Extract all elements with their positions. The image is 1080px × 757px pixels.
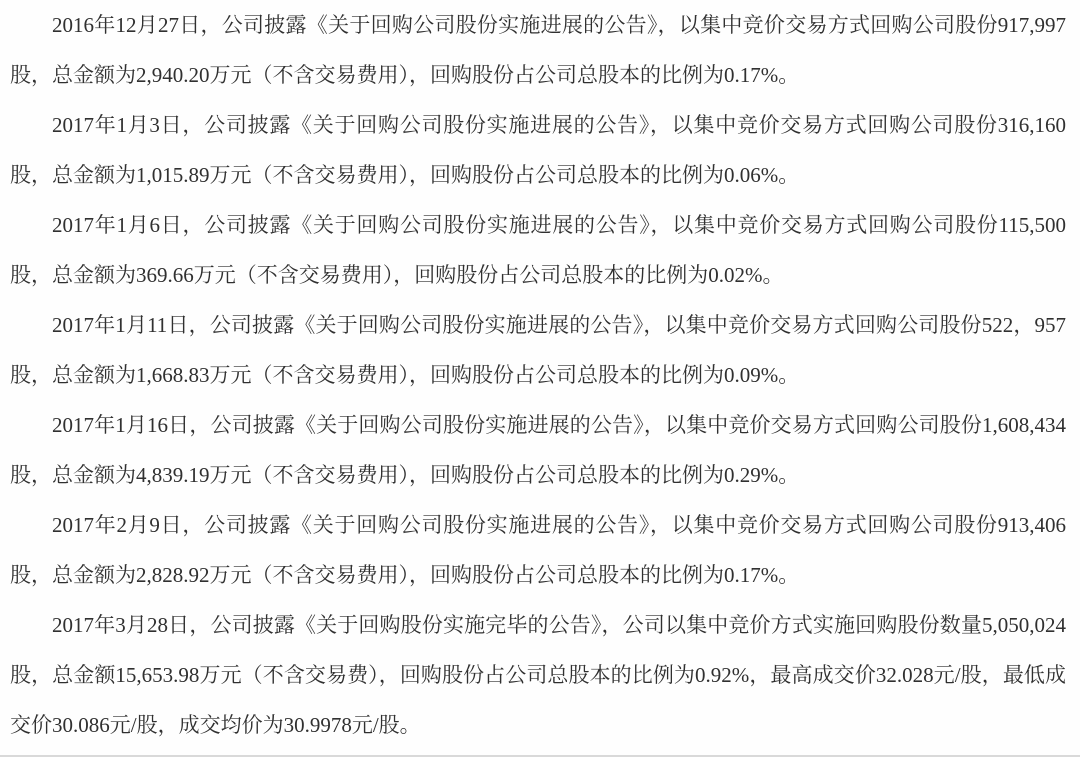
paragraph-2017-01-06: 2017年1月6日，公司披露《关于回购公司股份实施进展的公告》，以集中竞价交易方… [10, 200, 1066, 300]
document-page: 2016年12月27日，公司披露《关于回购公司股份实施进展的公告》，以集中竞价交… [0, 0, 1080, 757]
paragraph-2017-03-28: 2017年3月28日，公司披露《关于回购股份实施完毕的公告》，公司以集中竞价方式… [10, 600, 1066, 750]
paragraph-2017-02-09: 2017年2月9日，公司披露《关于回购公司股份实施进展的公告》，以集中竞价交易方… [10, 500, 1066, 600]
paragraph-2017-01-16: 2017年1月16日，公司披露《关于回购公司股份实施进展的公告》，以集中竞价交易… [10, 400, 1066, 500]
paragraph-2017-01-11: 2017年1月11日，公司披露《关于回购公司股份实施进展的公告》，以集中竞价交易… [10, 300, 1066, 400]
paragraph-2016-12-27: 2016年12月27日，公司披露《关于回购公司股份实施进展的公告》，以集中竞价交… [10, 0, 1066, 100]
paragraph-2017-01-03: 2017年1月3日，公司披露《关于回购公司股份实施进展的公告》，以集中竞价交易方… [10, 100, 1066, 200]
